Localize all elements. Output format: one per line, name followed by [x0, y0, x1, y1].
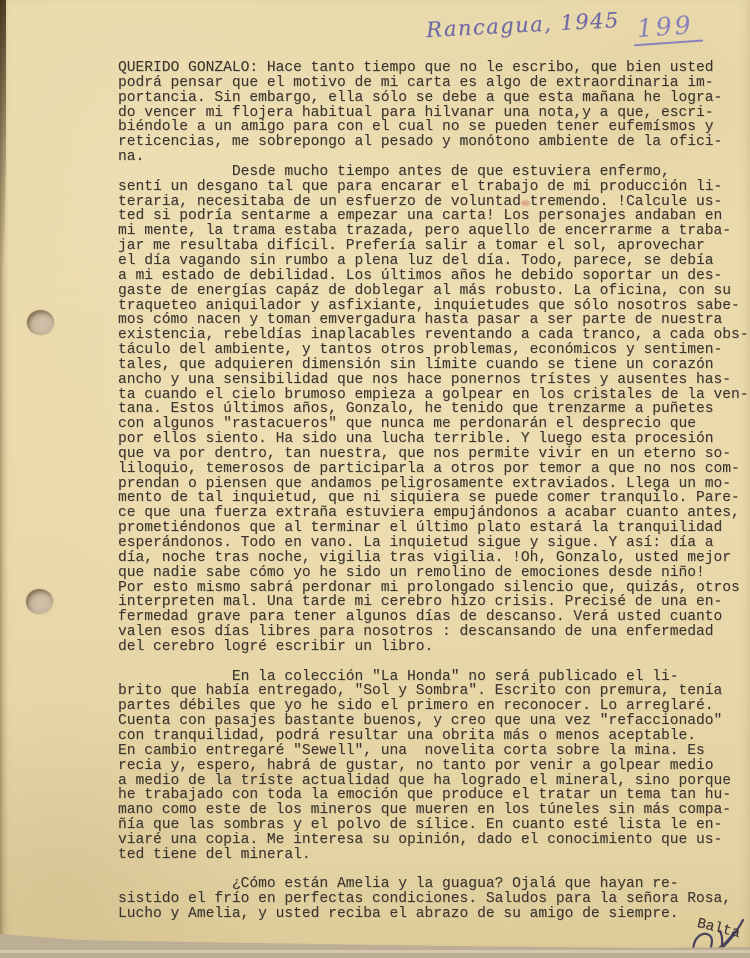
background-surface-line — [0, 950, 750, 953]
scanned-letter-scene: Rancagua, 1945 199 QUERIDO GONZALO: Hace… — [0, 0, 750, 958]
letter-page: Rancagua, 1945 199 QUERIDO GONZALO: Hace… — [0, 0, 750, 958]
letter-text: QUERIDO GONZALO: Hace tanto tiempo que n… — [118, 61, 748, 922]
handwritten-date-annotation: Rancagua, 1945 — [426, 8, 621, 42]
handwritten-page-number: 199 — [632, 10, 703, 47]
punch-hole-top — [27, 310, 54, 335]
punch-hole-bottom — [26, 589, 53, 614]
page-left-edge — [0, 0, 6, 270]
